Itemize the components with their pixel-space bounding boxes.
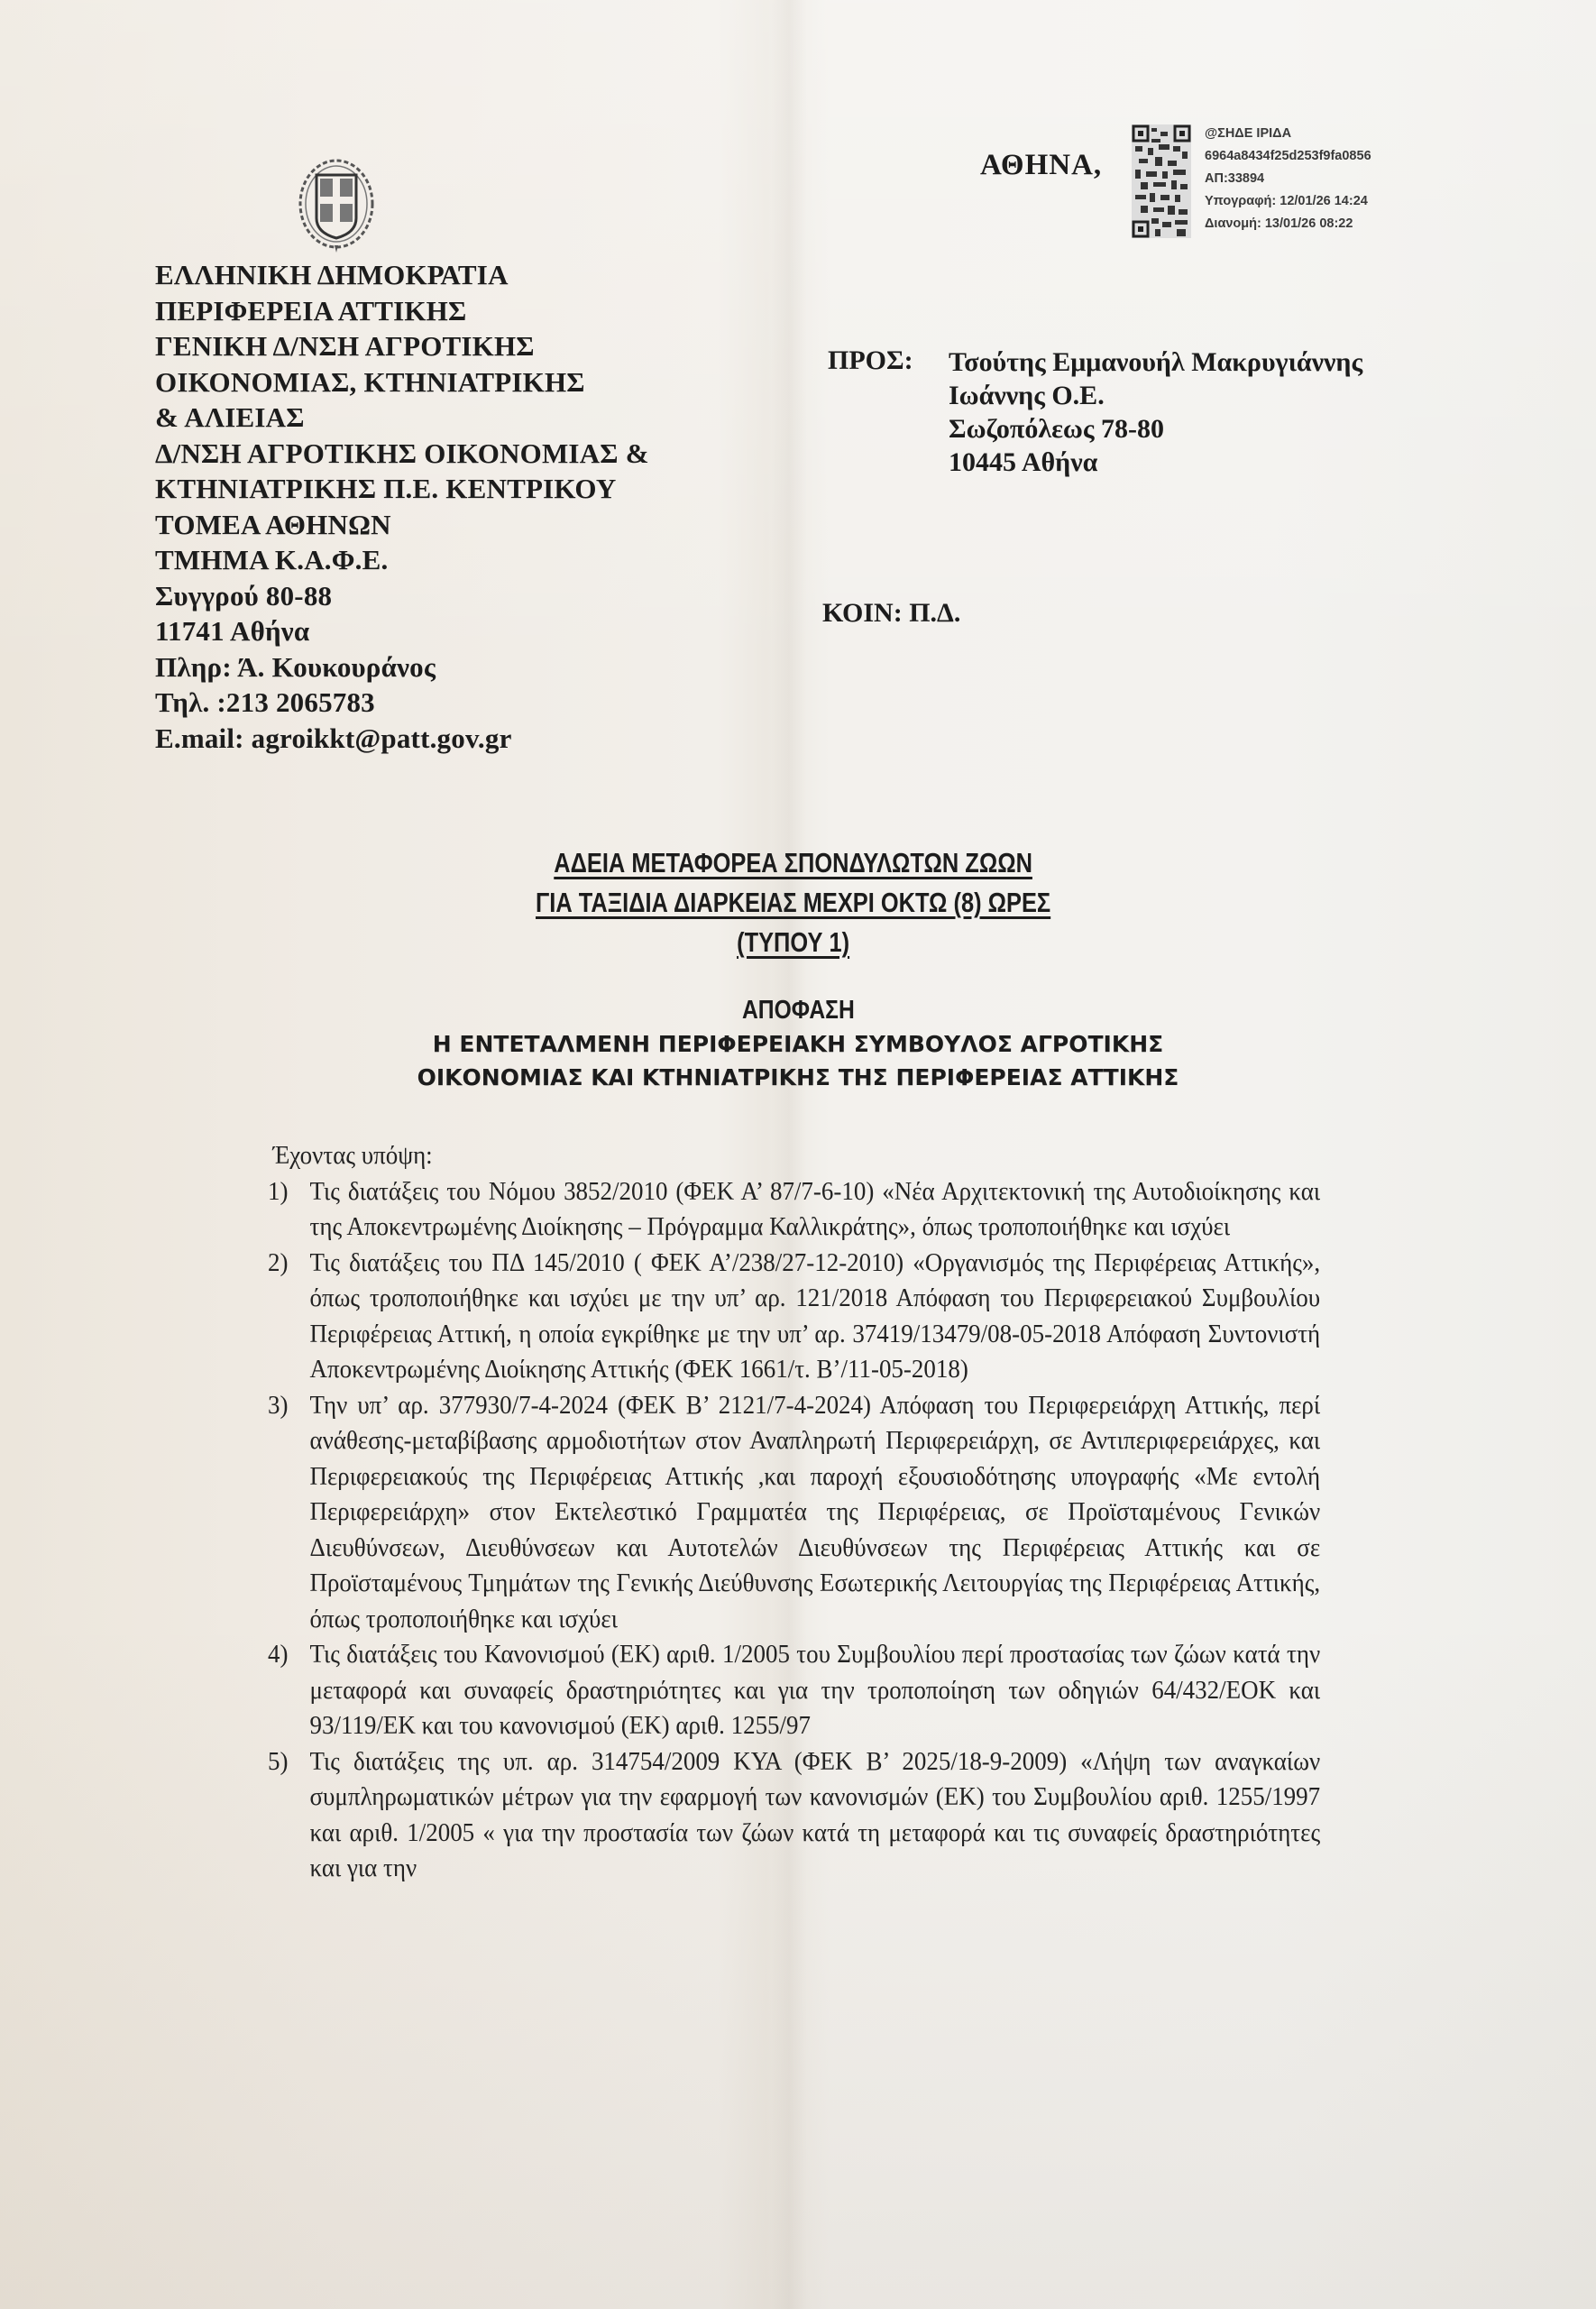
stamp-distributed: Διανομή: 13/01/26 08:22 [1205, 213, 1371, 235]
list-item: 2) Τις διατάξεις του ΠΔ 145/2010 ( ΦΕΚ Α… [268, 1246, 1320, 1388]
recipient-line: Σωζοπόλεως 78-80 [949, 412, 1362, 446]
sender-line: Τηλ. :213 2065783 [155, 685, 649, 721]
title-line: (ΤΥΠΟΥ 1) [737, 926, 849, 958]
recipient-label: ΠΡΟΣ: [828, 345, 913, 376]
item-number: 1) [268, 1174, 310, 1246]
recipient-line: 10445 Αθήνα [949, 446, 1362, 479]
item-text: Τις διατάξεις της υπ. αρ. 314754/2009 ΚΥ… [310, 1744, 1321, 1887]
sender-line: ΤΜΗΜΑ Κ.Α.Φ.Ε. [155, 542, 649, 578]
item-number: 2) [268, 1246, 310, 1388]
list-item: 4) Τις διατάξεις του Κανονισμού (ΕΚ) αρι… [268, 1637, 1320, 1744]
list-item: 5) Τις διατάξεις της υπ. αρ. 314754/2009… [268, 1744, 1320, 1887]
stamp-protocol: ΑΠ:33894 [1205, 168, 1371, 190]
greek-coat-of-arms-icon [293, 155, 380, 256]
recipient-line: Τσούτης Εμμανουήλ Μακρυγιάννης [949, 345, 1362, 379]
recipient-address: Τσούτης Εμμανουήλ Μακρυγιάννης Ιωάννης Ο… [949, 345, 1362, 479]
item-number: 5) [268, 1744, 310, 1887]
item-number: 3) [268, 1388, 310, 1638]
sender-line: ΚΤΗΝΙΑΤΡΙΚΗΣ Π.Ε. ΚΕΝΤΡΙΚΟΥ [155, 471, 649, 507]
decision-heading: ΑΠΟΦΑΣΗ [742, 994, 855, 1027]
electronic-signature-stamp: @ΣΗΔΕ ΙΡΙΔΑ 6964a8434f25d253f9fa0856 ΑΠ:… [1205, 123, 1371, 235]
document-body: Έχοντας υπόψη: 1) Τις διατάξεις του Νόμο… [268, 1138, 1320, 1887]
sender-line: ΓΕΝΙΚΗ Δ/ΝΣΗ ΑΓΡΟΤΙΚΗΣ [155, 328, 649, 364]
cc-line: ΚΟΙΝ: Π.Δ. [822, 598, 960, 629]
sender-line: Συγγρού 80-88 [155, 578, 649, 614]
recipient-line: Ιωάννης Ο.Ε. [949, 379, 1362, 412]
sender-block: ΕΛΛΗΝΙΚΗ ΔΗΜΟΚΡΑΤΙΑ ΠΕΡΙΦΕΡΕΙΑ ΑΤΤΙΚΗΣ Γ… [155, 257, 649, 756]
item-text: Τις διατάξεις του Νόμου 3852/2010 (ΦΕΚ Α… [310, 1174, 1321, 1246]
sender-line: ΟΙΚΟΝΟΜΙΑΣ, ΚΤΗΝΙΑΤΡΙΚΗΣ [155, 364, 649, 400]
stamp-hash: 6964a8434f25d253f9fa0856 [1205, 145, 1371, 168]
decision-header: ΑΠΟΦΑΣΗ Η ΕΝΤΕΤΑΛΜΕΝΗ ΠΕΡΙΦΕΡΕΙΑΚΗ ΣΥΜΒΟ… [0, 994, 1596, 1094]
sender-line: & ΑΛΙΕΙΑΣ [155, 400, 649, 436]
stamp-signed: Υπογραφή: 12/01/26 14:24 [1205, 190, 1371, 213]
sender-line: ΤΟΜΕΑ ΑΘΗΝΩΝ [155, 507, 649, 543]
list-item: 3) Την υπ’ αρ. 377930/7-4-2024 (ΦΕΚ Β’ 2… [268, 1388, 1320, 1638]
sender-line: 11741 Αθήνα [155, 613, 649, 649]
sender-line: Πληρ: Ά. Κουκουράνος [155, 649, 649, 685]
list-item: 1) Τις διατάξεις του Νόμου 3852/2010 (ΦΕ… [268, 1174, 1320, 1246]
sender-line: ΕΛΛΗΝΙΚΗ ΔΗΜΟΚΡΑΤΙΑ [155, 257, 649, 293]
item-text: Τις διατάξεις του ΠΔ 145/2010 ( ΦΕΚ Α’/2… [310, 1246, 1321, 1388]
item-number: 4) [268, 1637, 310, 1744]
body-intro: Έχοντας υπόψη: [273, 1138, 1321, 1174]
sender-line: ΠΕΡΙΦΕΡΕΙΑ ΑΤΤΙΚΗΣ [155, 293, 649, 329]
document-title: ΑΔΕΙΑ ΜΕΤΑΦΟΡΕΑ ΣΠΟΝΔΥΛΩΤΩΝ ΖΩΩΝ ΓΙΑ ΤΑΞ… [139, 843, 1447, 962]
stamp-system: @ΣΗΔΕ ΙΡΙΔΑ [1205, 123, 1371, 145]
qr-code-icon [1132, 124, 1191, 238]
decision-line: ΟΙΚΟΝΟΜΙΑΣ ΚΑΙ ΚΤΗΝΙΑΤΡΙΚΗΣ ΤΗΣ ΠΕΡΙΦΕΡΕ… [0, 1061, 1596, 1094]
sender-line: Δ/ΝΣΗ ΑΓΡΟΤΙΚΗΣ ΟΙΚΟΝΟΜΙΑΣ & [155, 436, 649, 472]
title-line: ΓΙΑ ΤΑΞΙΔΙΑ ΔΙΑΡΚΕΙΑΣ ΜΕΧΡΙ ΟΚΤΩ (8) ΩΡΕ… [536, 887, 1050, 918]
sender-email: E.mail: agroikkt@patt.gov.gr [155, 721, 649, 757]
item-text: Τις διατάξεις του Κανονισμού (ΕΚ) αριθ. … [310, 1637, 1321, 1744]
item-text: Την υπ’ αρ. 377930/7-4-2024 (ΦΕΚ Β’ 2121… [310, 1388, 1321, 1638]
city-date: ΑΘΗΝΑ, [980, 149, 1102, 182]
title-line: ΑΔΕΙΑ ΜΕΤΑΦΟΡΕΑ ΣΠΟΝΔΥΛΩΤΩΝ ΖΩΩΝ [554, 847, 1032, 879]
decision-line: Η ΕΝΤΕΤΑΛΜΕΝΗ ΠΕΡΙΦΕΡΕΙΑΚΗ ΣΥΜΒΟΥΛΟΣ ΑΓΡ… [0, 1027, 1596, 1061]
